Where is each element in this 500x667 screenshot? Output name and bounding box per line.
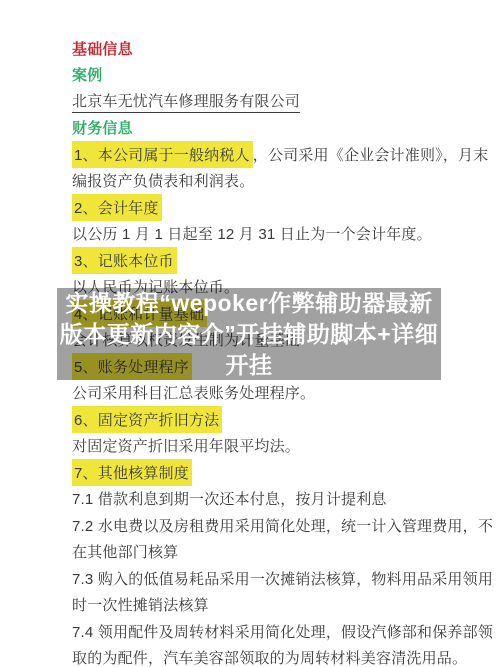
doc-line: 以公历 1 月 1 日起至 12 月 31 日止为一个会计年度。 (72, 221, 460, 248)
doc-line-text: 7.3 购入的低值易耗品采用一次摊销法核算，物料用品采用领用 (72, 568, 493, 589)
watermark-line-2: 版本更新内容介”开挂辅助脚本+详细 (57, 319, 441, 350)
doc-line: 7.3 购入的低值易耗品采用一次摊销法核算，物料用品采用领用 (72, 565, 460, 592)
watermark-line-1: 实操教程“wepoker作弊辅助器最新 (57, 288, 441, 319)
doc-line-text: 在其他部门核算 (72, 541, 178, 562)
doc-line-text: 公司采用科目汇总表账务处理程序。 (72, 382, 315, 403)
doc-line-item6: 6、固定资产折旧方法 (72, 406, 460, 433)
heading-financial-info-label: 财务信息 (72, 117, 133, 138)
highlight-fiscal-year: 2、会计年度 (72, 194, 162, 221)
heading-basic-info-label: 基础信息 (72, 38, 133, 59)
doc-line: 取的为配件，汽车美容部领取的为周转材料美容清洗用品。 (72, 645, 460, 667)
highlight-depreciation-method: 6、固定资产折旧方法 (72, 406, 222, 433)
doc-line-text: 以公历 1 月 1 日起至 12 月 31 日止为一个会计年度。 (72, 223, 432, 244)
highlight-base-currency: 3、记账本位币 (72, 247, 177, 274)
watermark-line-3: 开挂 (57, 350, 441, 381)
doc-line-item7: 7、其他核算制度 (72, 459, 460, 486)
highlight-taxpayer: 1、本公司属于一般纳税人 (72, 141, 253, 168)
doc-line: 公司采用科目汇总表账务处理程序。 (72, 380, 460, 407)
doc-line: 对固定资产折旧采用年限平均法。 (72, 433, 460, 460)
heading-case-label: 案例 (72, 64, 102, 85)
doc-line-text: 编报资产负债表和利润表。 (72, 170, 254, 191)
doc-line: 在其他部门核算 (72, 539, 460, 566)
doc-line-text: 对固定资产折旧采用年限平均法。 (72, 435, 300, 456)
heading-basic-info: 基础信息 (72, 35, 460, 62)
heading-case: 案例 (72, 62, 460, 89)
doc-line-text: 取的为配件，汽车美容部领取的为周转材料美容清洗用品。 (72, 647, 467, 667)
doc-line-item3: 3、记账本位币 (72, 247, 460, 274)
item1-rest-text: ，公司采用《企业会计准则》，月末 (253, 144, 489, 165)
heading-financial-info: 财务信息 (72, 115, 460, 142)
doc-line-text: 7.4 领用配件及周转材料采用简化处理，假设汽修部和保养部领 (72, 621, 493, 642)
doc-line: 7.1 借款利息到期一次还本付息，按月计提利息 (72, 486, 460, 513)
doc-line: 编报资产负债表和利润表。 (72, 168, 460, 195)
doc-line: 7.2 水电费以及房租费用采用简化处理，统一计入管理费用，不 (72, 512, 460, 539)
doc-line-text: 7.1 借款利息到期一次还本付息，按月计提利息 (72, 488, 387, 509)
doc-line-item2: 2、会计年度 (72, 194, 460, 221)
watermark-overlay: 实操教程“wepoker作弊辅助器最新 版本更新内容介”开挂辅助脚本+详细 开挂 (57, 288, 441, 380)
highlight-other-systems: 7、其他核算制度 (72, 459, 192, 486)
doc-line-item1: 1、本公司属于一般纳税人，公司采用《企业会计准则》，月末 (72, 141, 460, 168)
doc-line-text: 7.2 水电费以及房租费用采用简化处理，统一计入管理费用，不 (72, 515, 493, 536)
doc-line: 时一次性摊销法核算 (72, 592, 460, 619)
doc-line: 7.4 领用配件及周转材料采用简化处理，假设汽修部和保养部领 (72, 618, 460, 645)
company-name: 北京车无忧汽车修理服务有限公司 (72, 90, 300, 113)
company-name-line: 北京车无忧汽车修理服务有限公司 (72, 88, 460, 115)
doc-line-text: 时一次性摊销法核算 (72, 594, 209, 615)
